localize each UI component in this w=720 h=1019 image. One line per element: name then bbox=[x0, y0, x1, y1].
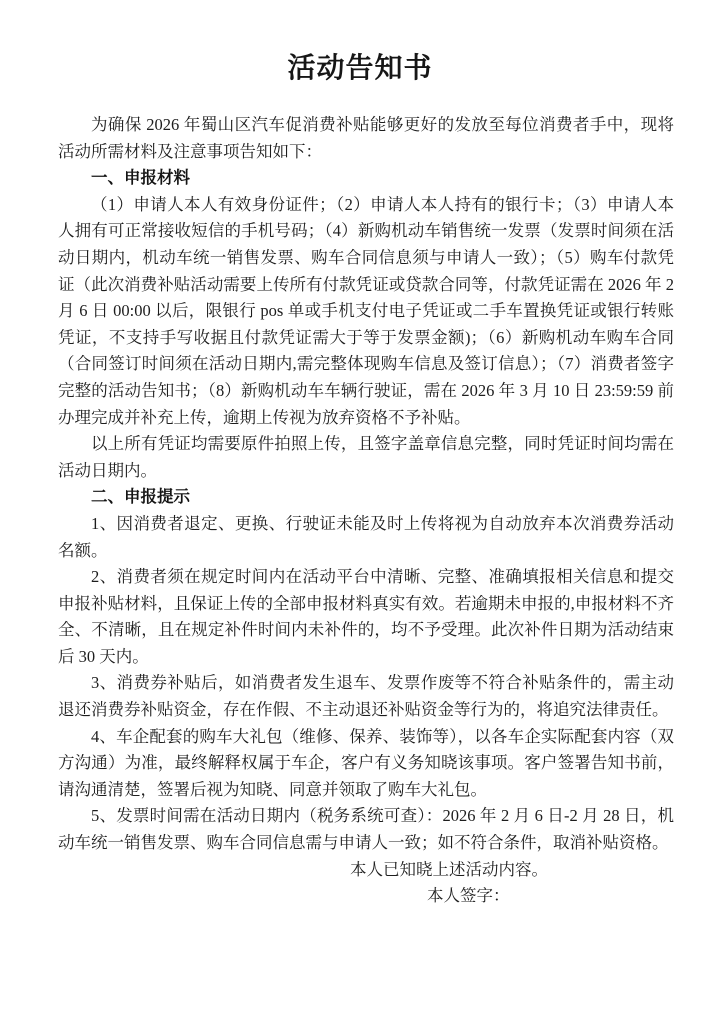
tip-item-3: 3、消费券补贴后，如消费者发生退车、发票作废等不符合补贴条件的，需主动退还消费券… bbox=[58, 670, 674, 723]
acknowledgement-line: 本人已知晓上述活动内容。 bbox=[350, 857, 674, 884]
section-heading-materials: 一、申报材料 bbox=[58, 165, 674, 192]
tip-item-5: 5、发票时间需在活动日期内（税务系统可查）：2026 年 2 月 6 日-2 月… bbox=[58, 803, 674, 856]
signature-label: 本人签字： bbox=[427, 883, 674, 910]
document-body: 为确保 2026 年蜀山区汽车促消费补贴能够更好的发放至每位消费者手中，现将活动… bbox=[58, 112, 674, 910]
document-title: 活动告知书 bbox=[0, 0, 720, 86]
tip-item-1: 1、因消费者退定、更换、行驶证未能及时上传将视为自动放弃本次消费券活动名额。 bbox=[58, 511, 674, 564]
upload-note-paragraph: 以上所有凭证均需要原件拍照上传，且签字盖章信息完整，同时凭证时间均需在活动日期内… bbox=[58, 431, 674, 484]
materials-paragraph: （1）申请人本人有效身份证件；（2）申请人本人持有的银行卡；（3）申请人本人拥有… bbox=[58, 192, 674, 431]
tip-item-2: 2、消费者须在规定时间内在活动平台中清晰、完整、准确填报相关信息和提交申报补贴材… bbox=[58, 564, 674, 670]
intro-paragraph: 为确保 2026 年蜀山区汽车促消费补贴能够更好的发放至每位消费者手中，现将活动… bbox=[58, 112, 674, 165]
section-heading-tips: 二、申报提示 bbox=[58, 484, 674, 511]
notice-document-page: 活动告知书 为确保 2026 年蜀山区汽车促消费补贴能够更好的发放至每位消费者手… bbox=[0, 0, 720, 1019]
tip-item-4: 4、车企配套的购车大礼包（维修、保养、装饰等），以各车企实际配套内容（双方沟通）… bbox=[58, 724, 674, 804]
